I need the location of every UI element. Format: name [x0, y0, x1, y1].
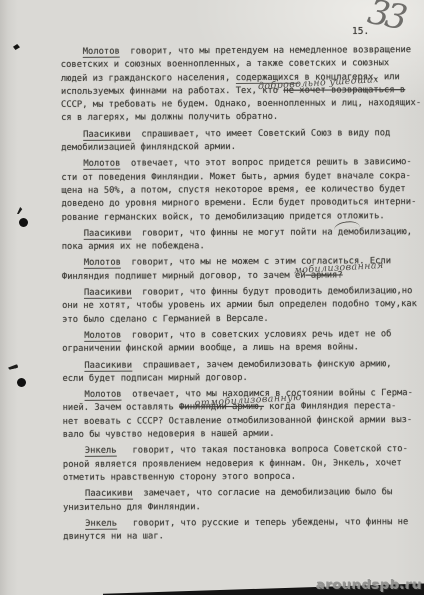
typed-text: СССР, мы требовать не будем. Однако, вое…	[61, 98, 421, 110]
text-line: Паасикиви спрашивает, зачем демобилизова…	[62, 358, 418, 373]
typed-text: людей из гражданского населения,	[61, 73, 236, 84]
text-line: Молотов отвечает, что этот вопрос придет…	[61, 156, 417, 171]
typed-text: демобилизацию,	[338, 227, 412, 237]
paragraph: Молотов отвечает, что мы находимся в сос…	[62, 387, 418, 442]
typed-text: сти от поведения Финляндии. Может быть, …	[61, 171, 411, 183]
text-line: Энкель говорит, что такая постановка воп…	[63, 443, 419, 458]
speaker-name: Молотов	[83, 47, 120, 58]
typed-text: спрашивает, что имеет Советский Союз в в…	[131, 128, 391, 139]
paragraph: Молотов говорит, что в советских условия…	[62, 328, 418, 356]
paragraph: Паасикиви спрашивает, что имеет Советски…	[61, 127, 417, 155]
typed-text: отметить нравственную сторону этого вопр…	[63, 472, 296, 483]
typed-text: роной является проявлением недоверия к ф…	[63, 458, 402, 470]
typed-text: если будет подписан мирный договор.	[62, 373, 247, 384]
paragraph: Энкель говорит, что такая постановка воп…	[63, 443, 419, 485]
annotated-text: армия?мобилизованная	[306, 270, 343, 280]
text-line: Финляндия подпишет мирный договор, то за…	[62, 269, 418, 284]
speaker-name: Паасикиви	[84, 288, 132, 299]
paragraph: Энкель говорит, что русские и теперь убе…	[63, 516, 419, 544]
text-line: роной является проявлением недоверия к ф…	[63, 457, 419, 472]
typed-text: нет воевать с СССР? Оставление отмобилиз…	[63, 415, 413, 427]
typed-text: унизительно для Финляндии.	[63, 502, 201, 513]
typed-text: спрашивает, зачем демобилизовать финскую…	[132, 359, 392, 370]
typed-text: двинутся ни на шаг.	[63, 531, 164, 542]
speaker-name: Энкель	[85, 446, 117, 457]
typed-text: нией. Зачем оставлять	[63, 403, 180, 414]
typed-text: доведено до уровня мирного времени. Если…	[62, 197, 417, 209]
text-line: Паасикиви говорит, что финны не могут по…	[62, 226, 418, 241]
handwritten-corner-number: 33	[365, 0, 406, 35]
typed-text: советских и союзных военнопленных, а так…	[61, 59, 389, 71]
text-line: Паасикиви спрашивает, что имеет Советски…	[61, 127, 417, 142]
text-line: рование германских войск, то демобилизац…	[62, 210, 418, 225]
speaker-name: Молотов	[83, 159, 120, 170]
typed-text: говорит, что в советских условиях речь и…	[121, 329, 391, 340]
typed-text: это было сделано с Германией в Версале.	[62, 313, 269, 324]
watermark: aroundspb.ru	[316, 577, 422, 593]
text-line: они не хотят, чтобы уровень их армии был…	[62, 298, 418, 313]
text-line: отметить нравственную сторону этого вопр…	[63, 470, 419, 485]
typed-text: вало бы чувство недоверия в нашей армии.	[63, 429, 275, 440]
text-line: пока армия их не побеждена.	[62, 239, 418, 254]
annotated-text: демобилизацию,	[338, 227, 412, 237]
text-line: Паасикиви замечает, что согласие на демо…	[63, 486, 419, 501]
text-line: демобилизацией финляндской армии.	[61, 140, 417, 155]
text-line: если будет подписан мирный договор.	[62, 371, 418, 386]
paragraph: Паасикиви спрашивает, зачем демобилизова…	[62, 358, 418, 386]
typed-text: Финляндия подпишет мирный договор, то за…	[62, 270, 306, 281]
typed-text: ся в лагерях, мы должны получить обратно…	[61, 112, 278, 123]
typed-text: говорит, что такая постановка вопроса Со…	[117, 444, 408, 456]
typed-text: они не хотят, чтобы уровень их армии был…	[62, 299, 417, 311]
speaker-name: Паасикиви	[83, 129, 131, 140]
typed-text: рование германских войск, то демобилизац…	[62, 211, 385, 223]
page-number: 15.	[352, 26, 369, 37]
text-line: Молотов говорит, что в советских условия…	[62, 328, 418, 343]
typed-text: говорит, что русские и теперь убеждены, …	[117, 517, 408, 529]
pencil-tick-mark	[8, 364, 19, 370]
paragraph: Молотов говорит, что мы претендуем на не…	[61, 44, 417, 126]
speaker-name: Молотов	[84, 390, 121, 401]
paragraph: Молотов говорит, что мы не можем с этим …	[62, 256, 418, 284]
speaker-name: Паасикиви	[85, 489, 133, 500]
ink-blot-mark	[13, 44, 20, 50]
text-line: ограничении финской армии вообще, а лишь…	[62, 341, 418, 356]
hole-punch	[19, 218, 28, 227]
typed-text: замечает, что согласие на демобилизацию …	[133, 487, 393, 498]
text-line: Энкель говорит, что русские и теперь убе…	[63, 516, 419, 531]
text-line: двинутся ни на шаг.	[63, 529, 419, 544]
typed-text: используемых финнами на работах. Тех, кт…	[61, 86, 284, 97]
text-line: нет воевать с СССР? Оставление отмобилиз…	[63, 414, 419, 429]
speaker-name: Паасикиви	[84, 360, 132, 371]
text-line: ся в лагерях, мы должны получить обратно…	[61, 111, 417, 126]
text-line: унизительно для Финляндии.	[63, 500, 419, 515]
document-page: 33 15. Молотов говорит, что мы претендуе…	[0, 0, 424, 595]
pencil-tick-mark	[17, 207, 24, 214]
annotated-text: не хочет возвращаться вдобровольно ушедш…	[283, 85, 405, 96]
typed-text: пока армия их не побеждена.	[62, 241, 205, 252]
typed-text: щена на 50%, а потом, спустя некоторое в…	[61, 184, 405, 196]
hole-punch	[17, 378, 26, 387]
typed-text-block: Молотов говорит, что мы претендуем на не…	[61, 44, 420, 544]
text-line: доведено до уровня мирного времени. Если…	[61, 196, 417, 211]
annotated-text: Финляндии армию,отмобилизованную	[179, 402, 264, 412]
typed-text: говорит, что финны будут проводить демоб…	[132, 286, 413, 297]
typed-text: говорит, что финны не могут пойти на	[131, 227, 338, 238]
speaker-name: Паасикиви	[84, 228, 132, 239]
typed-text: ограничении финской армии вообще, а лишь…	[62, 343, 359, 355]
text-line: советских и союзных военнопленных, а так…	[61, 57, 417, 72]
paragraph: Паасикиви говорит, что финны не могут по…	[62, 226, 418, 254]
typed-text: отвечает, что этот вопрос придется решит…	[120, 157, 411, 169]
paragraph: Паасикиви говорит, что финны будут прово…	[62, 285, 418, 327]
text-line: СССР, мы требовать не будем. Однако, вое…	[61, 97, 417, 112]
paragraph: Молотов отвечает, что этот вопрос придет…	[61, 156, 417, 224]
typed-text: говорит, что мы претендуем на немедленно…	[120, 45, 411, 57]
speaker-name: Молотов	[84, 258, 121, 269]
speaker-name: Молотов	[84, 331, 121, 342]
speaker-name: Энкель	[85, 518, 117, 529]
paragraph: Паасикиви замечает, что согласие на демо…	[63, 486, 419, 514]
text-line: вало бы чувство недоверия в нашей армии.	[63, 427, 419, 442]
text-line: это было сделано с Германией в Версале.	[62, 312, 418, 327]
typed-text: демобилизацией финляндской армии.	[61, 142, 236, 153]
